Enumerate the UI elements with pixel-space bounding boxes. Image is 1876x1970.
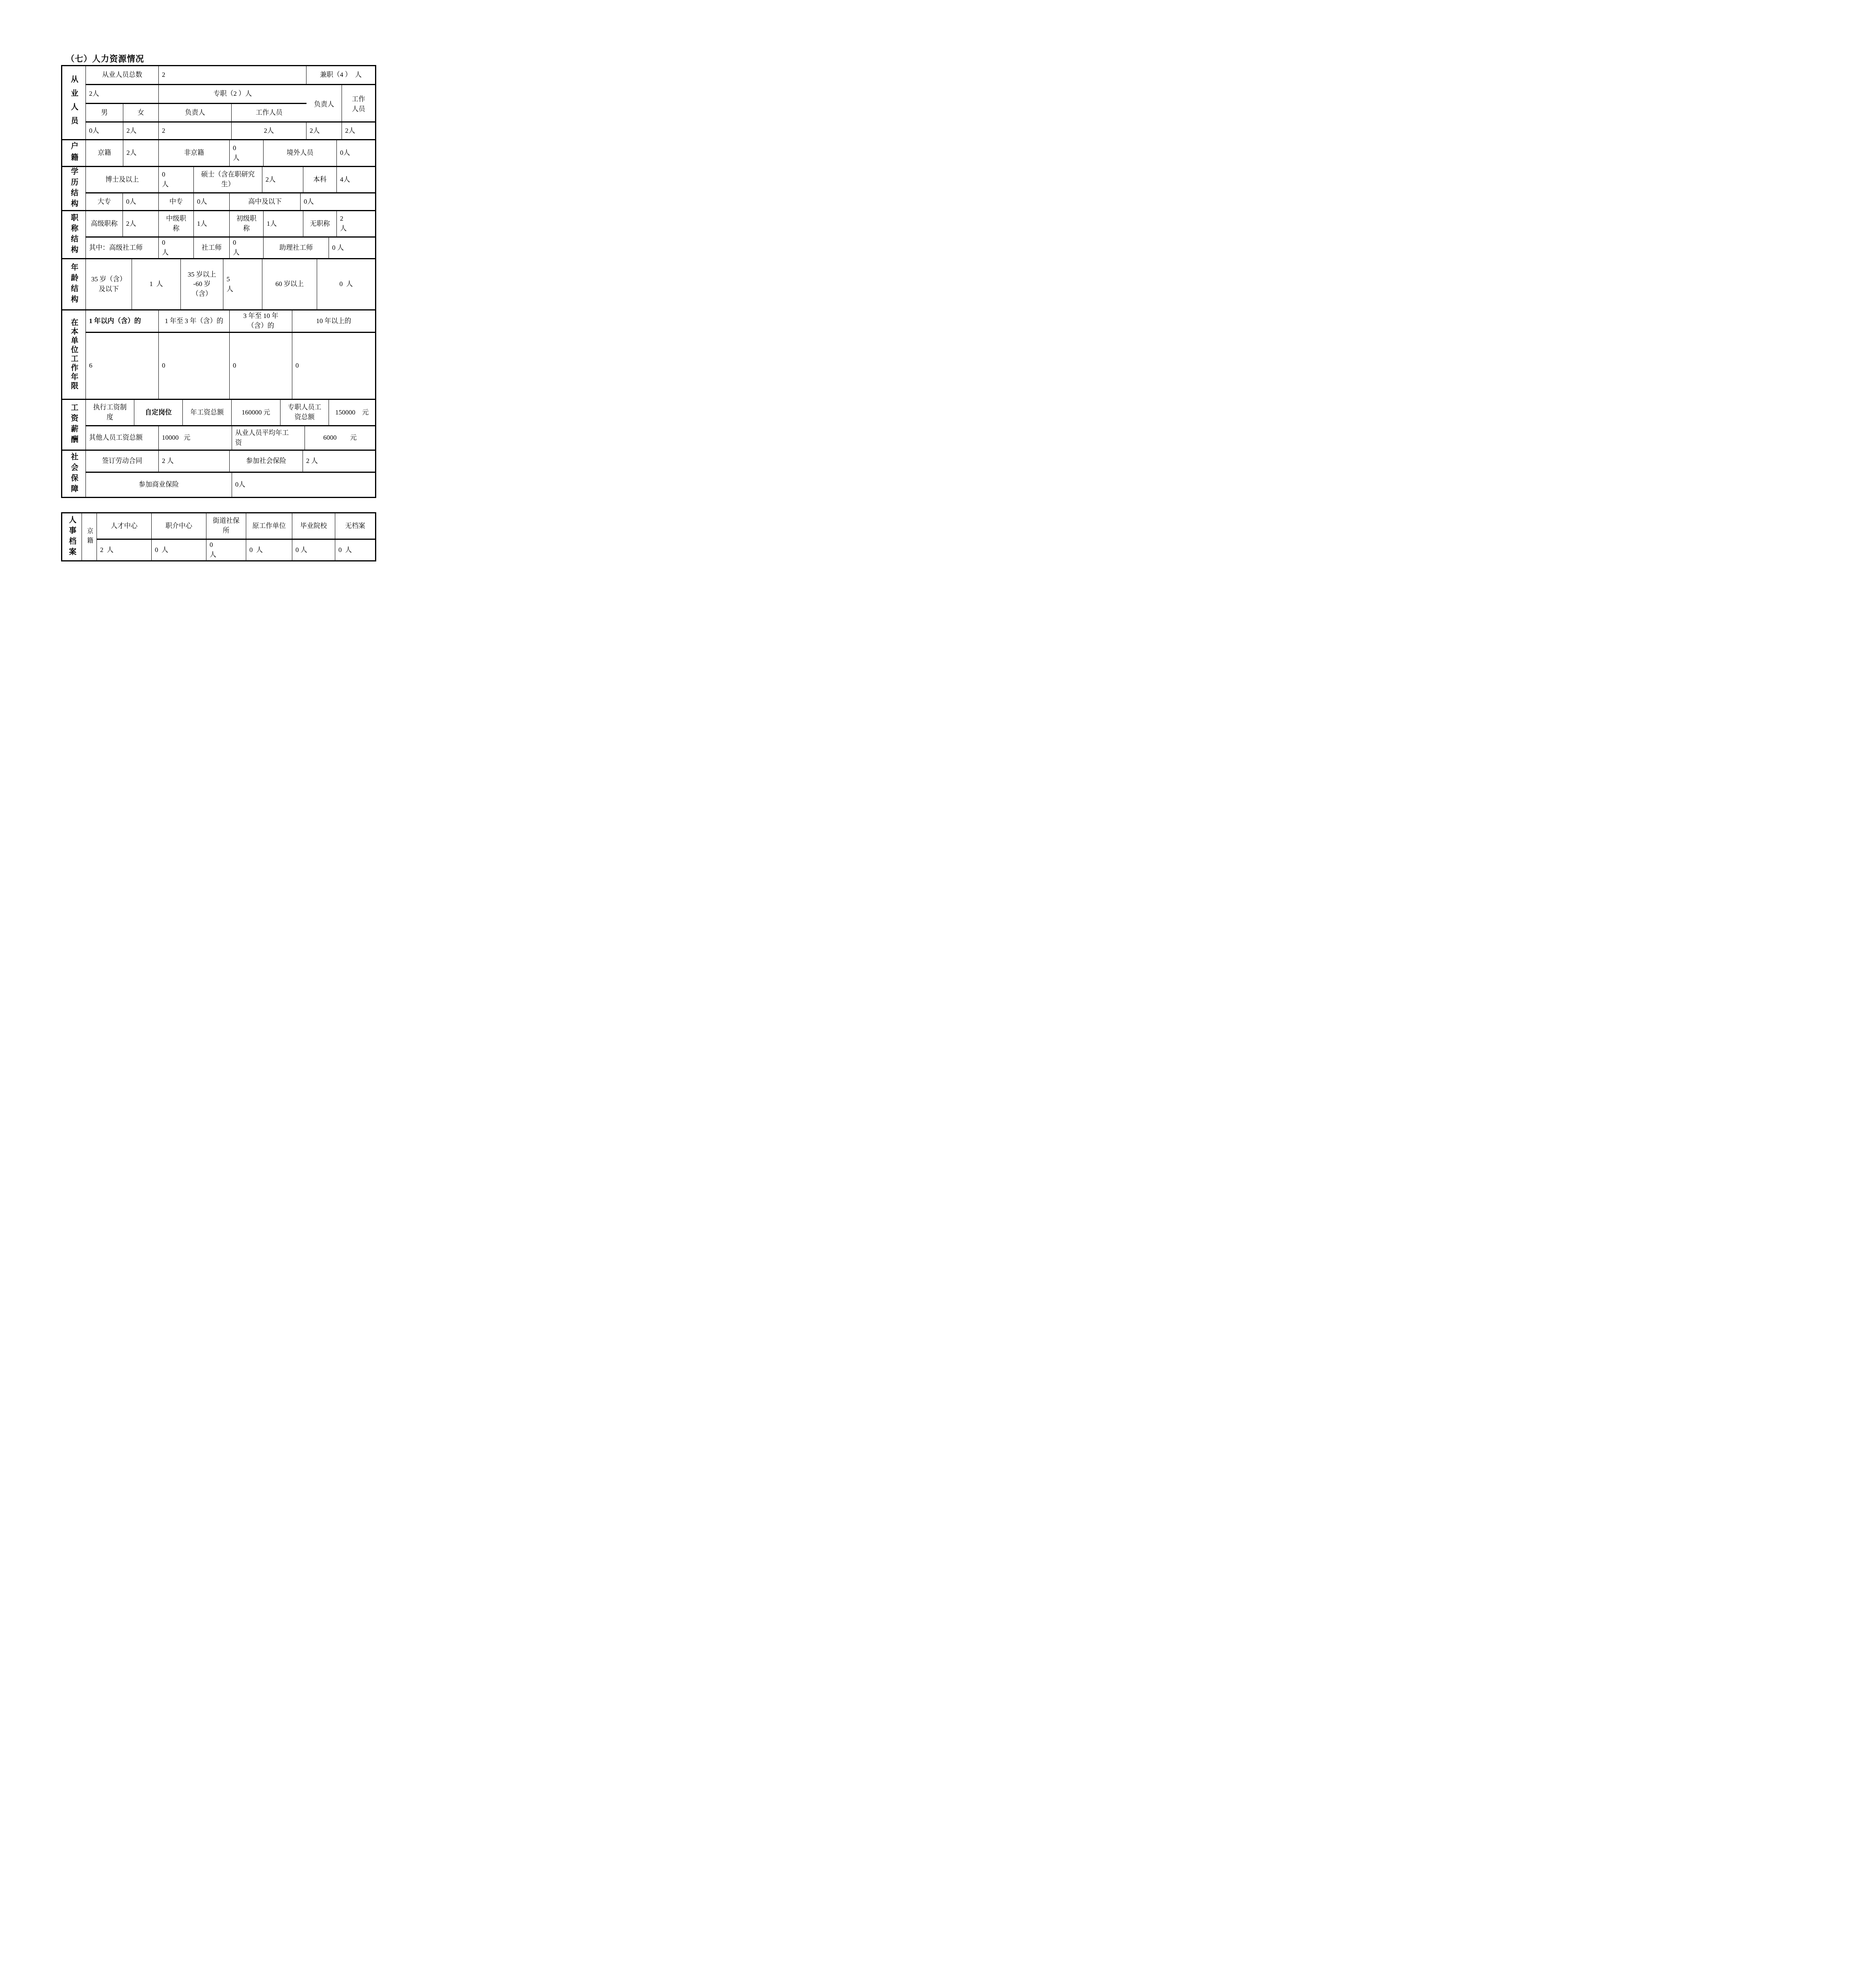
employees-row-total: 从业人员总数 2 兼职（4 ） 人 — [86, 66, 375, 84]
social-row-2: 参加商业保险 0人 — [86, 472, 375, 497]
age-o60-value: 0 人 — [317, 259, 375, 309]
age-mid-value: 5 人 — [223, 259, 262, 309]
archives-value-street-office: 0 人 — [206, 540, 246, 560]
archives-col-street-office: 街道社保 所 — [206, 513, 246, 539]
archives-header-row: 人才中心 职介中心 街道社保 所 原工作单位 毕业院校 无档案 — [97, 513, 375, 539]
hukou-feijing-value: 0 人 — [230, 140, 264, 166]
salary-row-2: 其他人员工资总额 10000 元 从业人员平均年工 资 6000 元 — [86, 425, 375, 450]
education-bachelor-label: 本科 — [303, 167, 337, 192]
employees-female-value: 2人 — [123, 123, 159, 139]
salary-system-value: 自定岗位 — [134, 400, 183, 425]
archives-values-row: 2 人 0 人 0 人 0 人 0 人 0 人 — [97, 539, 375, 560]
titles-none-value: 2 人 — [337, 211, 375, 236]
section-label-social: 社会保障 — [62, 451, 86, 497]
titles-junior-value: 1人 — [264, 211, 303, 236]
salary-avg-label: 从业人员平均年工 资 — [232, 426, 305, 450]
section-label-salary: 工资薪酬 — [62, 400, 86, 450]
archives-value-former-employer: 0 人 — [246, 540, 292, 560]
section-education: 学历结构 博士及以上 0 人 硕士（含在职研究 生） 2人 本科 4人 大专 0… — [62, 166, 375, 210]
employees-pt-staff-value: 2人 — [342, 123, 375, 139]
social-contract-label: 签订劳动合同 — [86, 451, 159, 472]
education-college-value: 0人 — [123, 193, 159, 210]
archives-col-job-agency: 职介中心 — [152, 513, 206, 539]
education-phd-value: 0 人 — [159, 167, 194, 192]
education-master-value: 2人 — [262, 167, 303, 192]
tenure-h1: 1 年以内（含）的 — [86, 310, 159, 332]
employees-male-value: 0人 — [86, 123, 123, 139]
titles-row-2: 其中：高级社工师 0 人 社工师 0 人 助理社工师 0 人 — [86, 236, 375, 258]
employees-row-values: 0人 2人 2 2人 2人 2人 — [86, 121, 375, 139]
employees-head2-label: 负责人 — [306, 85, 342, 121]
employees-total2-value: 2人 — [86, 85, 159, 103]
archives-jing-label: 京籍 — [82, 513, 97, 560]
education-highschool-label: 高中及以下 — [230, 193, 301, 210]
section-age: 年龄结构 35 岁（含） 及以下 1 人 35 岁以上 -60 岁 （含） 5 … — [62, 258, 375, 309]
age-o60-label: 60 岁以上 — [262, 259, 317, 309]
education-secondary-label: 中专 — [159, 193, 194, 210]
age-mid-label: 35 岁以上 -60 岁 （含） — [181, 259, 223, 309]
section-tenure: 在本单位工作年限 1 年以内（含）的 1 年至 3 年（含）的 3 年至 10 … — [62, 309, 375, 399]
education-highschool-value: 0人 — [301, 193, 375, 210]
education-secondary-value: 0人 — [194, 193, 230, 210]
education-bachelor-value: 4人 — [337, 167, 375, 192]
social-commercial-value: 0人 — [232, 473, 375, 497]
hukou-jing-label: 京籍 — [86, 140, 123, 166]
tenure-v3: 0 — [230, 333, 292, 399]
tenure-h4: 10 年以上的 — [292, 310, 375, 332]
employees-total-label: 从业人员总数 — [86, 66, 159, 84]
titles-sw-value: 0 人 — [230, 238, 264, 258]
education-college-label: 大专 — [86, 193, 123, 210]
employees-staff-label: 工作人员 — [232, 104, 306, 121]
titles-senior-value: 2人 — [123, 211, 159, 236]
employees-head-label: 负责人 — [159, 104, 232, 121]
employees-parttime-label: 兼职（4 ） 人 — [306, 66, 375, 84]
section-label-archives: 人事档案 — [62, 513, 82, 560]
employees-pt-head-value: 2人 — [306, 123, 342, 139]
titles-mid-label: 中级职 称 — [159, 211, 194, 236]
titles-among-value: 0 人 — [159, 238, 194, 258]
titles-sw-label: 社工师 — [194, 238, 230, 258]
employees-row-type: 2人 专职（2 ）人 男 女 负责人 工作人员 负责人 工作 人员 — [86, 84, 375, 121]
hukou-feijing-label: 非京籍 — [159, 140, 230, 166]
employees-female-label: 女 — [123, 104, 159, 121]
section-label-employees: 从业人员 — [62, 66, 86, 139]
titles-asw-value: 0 人 — [329, 238, 375, 258]
tenure-header-row: 1 年以内（含）的 1 年至 3 年（含）的 3 年至 10 年 （含）的 10… — [86, 310, 375, 332]
document-page: （七）人力资源情况 从业人员 从业人员总数 2 兼职（4 ） 人 2人 专职（2… — [0, 0, 446, 631]
titles-mid-value: 1人 — [194, 211, 230, 236]
hukou-jingwai-value: 0人 — [337, 140, 375, 166]
employees-ft-head-value: 2 — [159, 123, 232, 139]
employees-fulltime-label: 专职（2 ）人 — [159, 85, 306, 103]
titles-junior-label: 初级职 称 — [230, 211, 264, 236]
salary-avg-value: 6000 元 — [305, 426, 375, 450]
archives-value-no-archive: 0 人 — [335, 540, 375, 560]
hukou-jing-value: 2人 — [123, 140, 159, 166]
titles-asw-label: 助理社工师 — [264, 238, 329, 258]
archives-value-job-agency: 0 人 — [152, 540, 206, 560]
age-u35-value: 1 人 — [132, 259, 181, 309]
section-label-age: 年龄结构 — [62, 259, 86, 309]
tenure-values-row: 6 0 0 0 — [86, 332, 375, 399]
archives-col-no-archive: 无档案 — [335, 513, 375, 539]
salary-row-1: 执行工资制 度 自定岗位 年工资总额 160000 元 专职人员工 资总额 15… — [86, 400, 375, 425]
titles-row-1: 高级职称 2人 中级职 称 1人 初级职 称 1人 无职称 2 人 — [86, 211, 375, 236]
titles-none-label: 无职称 — [303, 211, 337, 236]
hukou-jingwai-label: 境外人员 — [264, 140, 337, 166]
salary-other-total-label: 其他人员工资总额 — [86, 426, 159, 450]
tenure-v1: 6 — [86, 333, 159, 399]
salary-annual-value: 160000 元 — [232, 400, 280, 425]
page-title: （七）人力资源情况 — [66, 52, 144, 64]
section-label-titles: 职称结构 — [62, 211, 86, 258]
archives-col-former-employer: 原工作单位 — [246, 513, 292, 539]
section-salary: 工资薪酬 执行工资制 度 自定岗位 年工资总额 160000 元 专职人员工 资… — [62, 399, 375, 450]
section-social: 社会保障 签订劳动合同 2 人 参加社会保险 2 人 参加商业保险 0人 — [62, 450, 375, 497]
section-label-hukou: 户籍 — [62, 140, 86, 166]
archives-value-talent-center: 2 人 — [97, 540, 152, 560]
tenure-h2: 1 年至 3 年（含）的 — [159, 310, 230, 332]
salary-fulltime-total-label: 专职人员工 资总额 — [280, 400, 329, 425]
hr-table: 从业人员 从业人员总数 2 兼职（4 ） 人 2人 专职（2 ）人 男 — [61, 65, 376, 498]
social-insurance-label: 参加社会保险 — [230, 451, 303, 472]
education-row-1: 博士及以上 0 人 硕士（含在职研究 生） 2人 本科 4人 — [86, 167, 375, 192]
hukou-row: 京籍 2人 非京籍 0 人 境外人员 0人 — [86, 140, 375, 166]
tenure-v2: 0 — [159, 333, 230, 399]
archives-col-school: 毕业院校 — [292, 513, 335, 539]
education-phd-label: 博士及以上 — [86, 167, 159, 192]
archives-value-school: 0 人 — [292, 540, 335, 560]
salary-annual-label: 年工资总额 — [183, 400, 232, 425]
tenure-h3: 3 年至 10 年 （含）的 — [230, 310, 292, 332]
section-employees: 从业人员 从业人员总数 2 兼职（4 ） 人 2人 专职（2 ）人 男 — [62, 66, 375, 139]
age-row: 35 岁（含） 及以下 1 人 35 岁以上 -60 岁 （含） 5 人 60 … — [86, 259, 375, 309]
archives-col-talent-center: 人才中心 — [97, 513, 152, 539]
tenure-v4: 0 — [292, 333, 375, 399]
education-row-2: 大专 0人 中专 0人 高中及以下 0人 — [86, 192, 375, 210]
section-titles: 职称结构 高级职称 2人 中级职 称 1人 初级职 称 1人 无职称 2 人 其… — [62, 210, 375, 258]
social-contract-value: 2 人 — [159, 451, 230, 472]
social-commercial-label: 参加商业保险 — [86, 473, 232, 497]
salary-system-label: 执行工资制 度 — [86, 400, 134, 425]
salary-other-total-value: 10000 元 — [159, 426, 232, 450]
social-row-1: 签订劳动合同 2 人 参加社会保险 2 人 — [86, 451, 375, 472]
salary-fulltime-total-value: 150000 元 — [329, 400, 375, 425]
social-insurance-value: 2 人 — [303, 451, 375, 472]
employees-total-value: 2 — [159, 66, 306, 84]
section-label-education: 学历结构 — [62, 167, 86, 210]
employees-male-label: 男 — [86, 104, 123, 121]
titles-among-label: 其中：高级社工师 — [86, 238, 159, 258]
titles-senior-label: 高级职称 — [86, 211, 123, 236]
age-u35-label: 35 岁（含） 及以下 — [86, 259, 132, 309]
employees-staff2-label: 工作 人员 — [342, 85, 375, 121]
education-master-label: 硕士（含在职研究 生） — [194, 167, 262, 192]
section-label-tenure: 在本单位工作年限 — [62, 310, 86, 399]
archives-table: 人事档案 京籍 人才中心 职介中心 街道社保 所 原工作单位 毕业院校 无档案 … — [61, 512, 376, 561]
employees-ft-staff-value: 2人 — [232, 123, 306, 139]
section-hukou: 户籍 京籍 2人 非京籍 0 人 境外人员 0人 — [62, 139, 375, 166]
